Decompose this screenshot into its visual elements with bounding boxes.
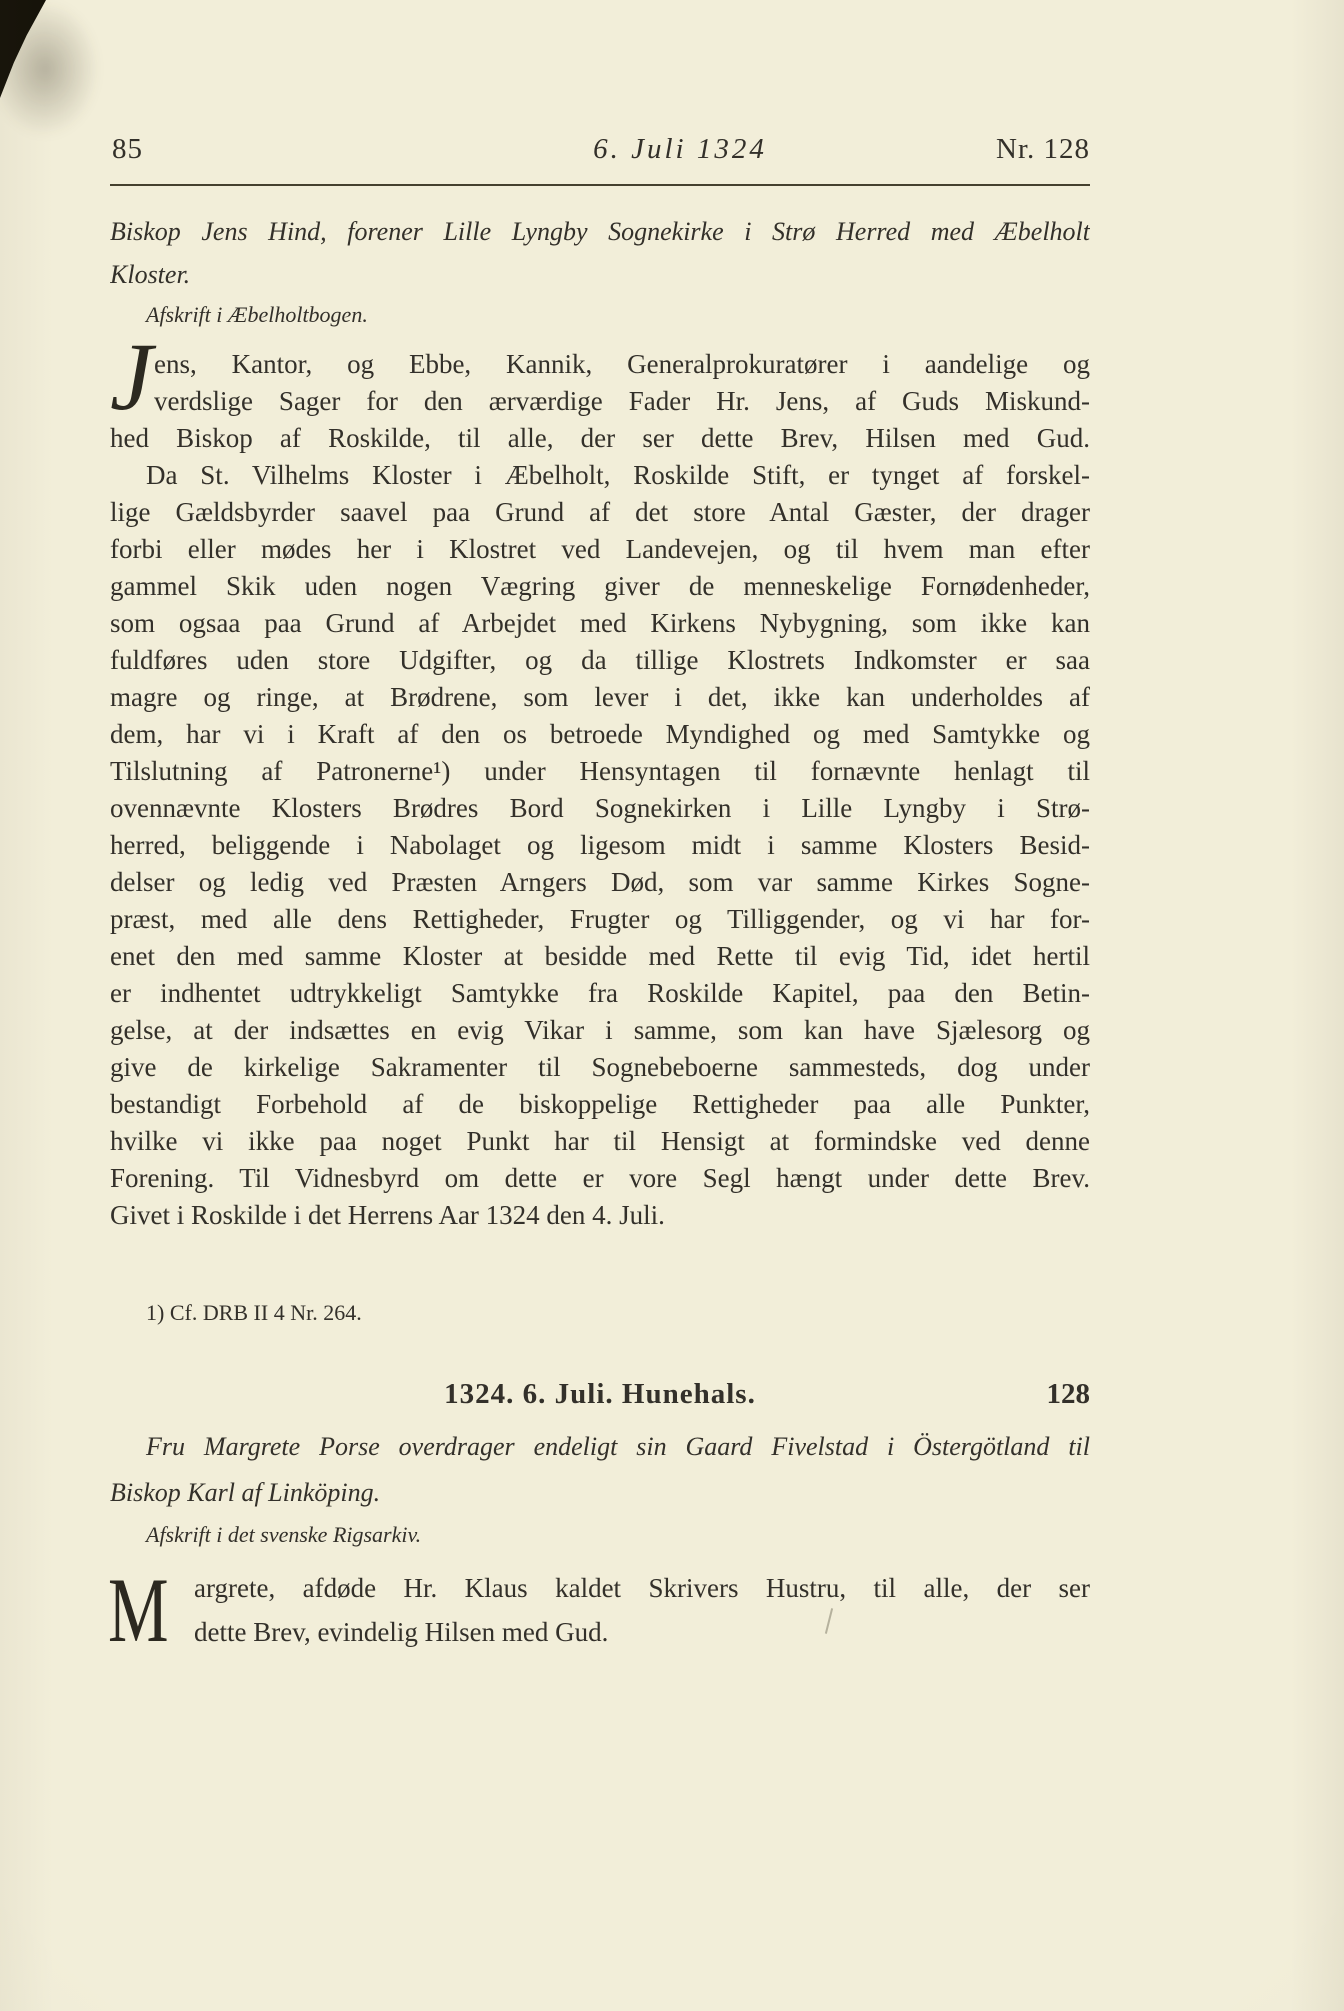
- text-line: Givet i Roskilde i det Herrens Aar 1324 …: [110, 1197, 1090, 1234]
- text-line: magre og ringe, at Brødrene, som lever i…: [110, 679, 1090, 716]
- entry2-body: M argrete, afdøde Hr. Klaus kaldet Skriv…: [110, 1566, 1090, 1654]
- scan-corner-artifact: [0, 0, 46, 98]
- text-column: 85 6. Juli 1324 Nr. 128 Biskop Jens Hind…: [110, 0, 1090, 2011]
- scanned-book-page: 85 6. Juli 1324 Nr. 128 Biskop Jens Hind…: [0, 0, 1344, 2011]
- header-date: 6. Juli 1324: [593, 133, 767, 166]
- text-line: Forening. Til Vidnesbyrd om dette er vor…: [110, 1160, 1090, 1197]
- text-line: bestandigt Forbehold af de biskoppelige …: [110, 1086, 1090, 1123]
- text-line: enet den med samme Kloster at besidde me…: [110, 938, 1090, 975]
- text-line: fuldføres uden store Udgifter, og da til…: [110, 642, 1090, 679]
- text-line: herred, beliggende i Nabolaget og ligeso…: [110, 827, 1090, 864]
- entry2-number: 128: [1047, 1374, 1091, 1414]
- text-line: hed Biskop af Roskilde, til alle, der se…: [110, 420, 1090, 457]
- text-line: argrete, afdøde Hr. Klaus kaldet Skriver…: [110, 1566, 1090, 1610]
- text-line: Tilslutning af Patronerne¹) under Hensyn…: [110, 753, 1090, 790]
- text-line: er indhentet udtrykkeligt Samtykke fra R…: [110, 975, 1090, 1012]
- entry2-summary: Fru Margrete Porse overdrager endeligt s…: [110, 1424, 1090, 1516]
- header-rule: [110, 184, 1090, 186]
- page-header: 85 6. Juli 1324 Nr. 128: [110, 124, 1090, 166]
- text-line: give de kirkelige Sakramenter til Sogneb…: [110, 1049, 1090, 1086]
- text-line: forbi eller mødes her i Klostret ved Lan…: [110, 531, 1090, 568]
- text-line: dem, har vi i Kraft af den os betroede M…: [110, 716, 1090, 753]
- text-line: lige Gældsbyrder saavel paa Grund af det…: [110, 494, 1090, 531]
- entry1-body: J ens, Kantor, og Ebbe, Kannik, Generalp…: [110, 346, 1090, 1234]
- text-line: Biskop Jens Hind, forener Lille Lyngby S…: [110, 210, 1090, 253]
- text-line: Biskop Karl af Linköping.: [110, 1470, 1090, 1516]
- entry2-source: Afskrift i det svenske Rigsarkiv.: [110, 1520, 421, 1550]
- page-number: 85: [112, 133, 143, 166]
- text-line: Da St. Vilhelms Kloster i Æbelholt, Rosk…: [110, 457, 1090, 494]
- text-line: ovennævnte Klosters Brødres Bord Sogneki…: [110, 790, 1090, 827]
- drop-cap-j: J: [110, 340, 153, 414]
- entry2-heading: 1324. 6. Juli. Hunehals.: [110, 1374, 1090, 1414]
- text-line: præst, med alle dens Rettigheder, Frugte…: [110, 901, 1090, 938]
- entry1-summary: Biskop Jens Hind, forener Lille Lyngby S…: [110, 210, 1090, 296]
- text-line: gammel Skik uden nogen Vægring giver de …: [110, 568, 1090, 605]
- text-line: ens, Kantor, og Ebbe, Kannik, Generalpro…: [110, 346, 1090, 383]
- text-line: gelse, at der indsættes en evig Vikar i …: [110, 1012, 1090, 1049]
- text-line: hvilke vi ikke paa noget Punkt har til H…: [110, 1123, 1090, 1160]
- text-line: verdslige Sager for den ærværdige Fader …: [110, 383, 1090, 420]
- text-line: som ogsaa paa Grund af Arbejdet med Kirk…: [110, 605, 1090, 642]
- text-line: Fru Margrete Porse overdrager endeligt s…: [110, 1424, 1090, 1470]
- entry1-footnote: 1) Cf. DRB II 4 Nr. 264.: [110, 1298, 362, 1328]
- entry2-heading-row: 1324. 6. Juli. Hunehals. 128: [110, 1374, 1090, 1414]
- text-line: delser og ledig ved Præsten Arngers Død,…: [110, 864, 1090, 901]
- header-doc-number: Nr. 128: [996, 133, 1090, 166]
- drop-cap-m: M: [108, 1566, 169, 1654]
- text-line: Kloster.: [110, 253, 1090, 296]
- text-line: dette Brev, evindelig Hilsen med Gud.: [110, 1610, 1090, 1654]
